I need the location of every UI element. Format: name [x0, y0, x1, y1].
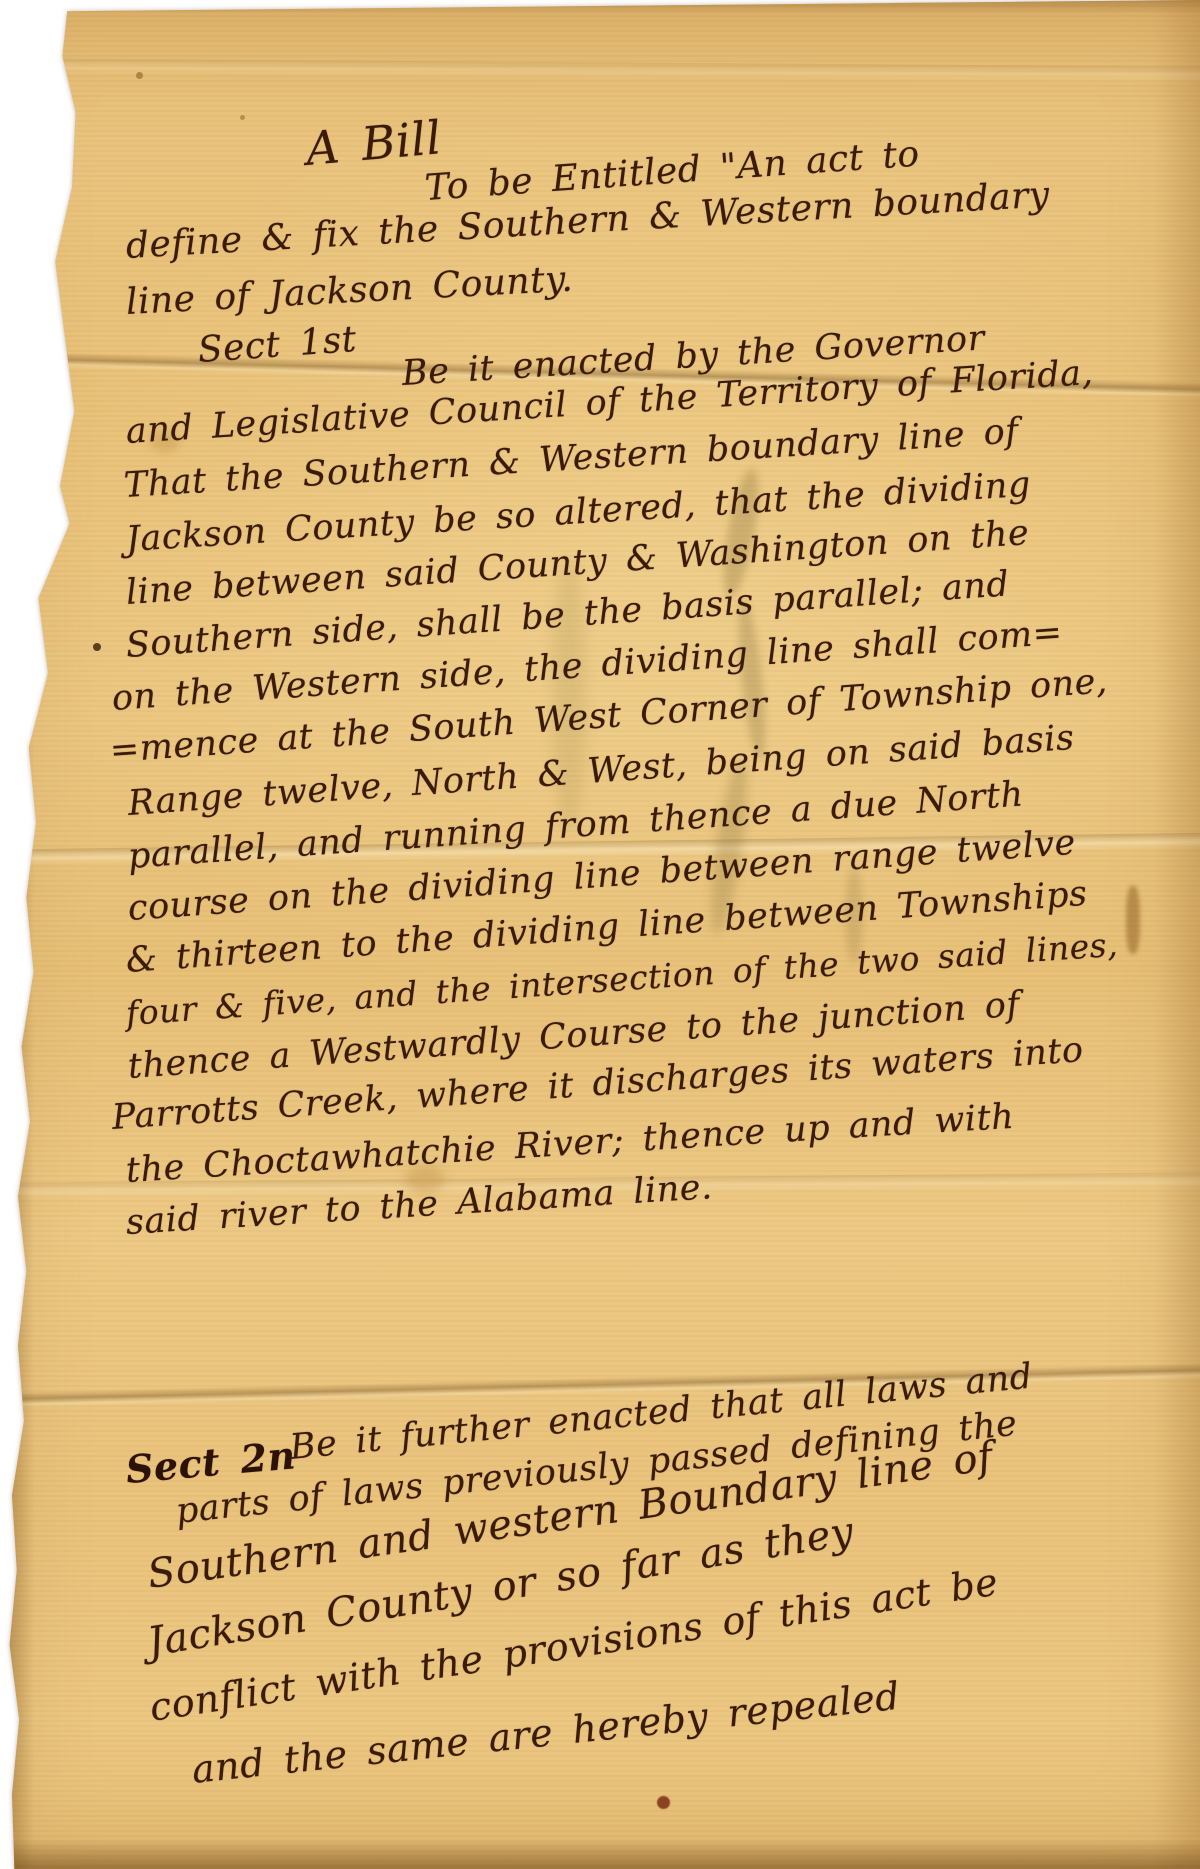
- foxing-speck: [136, 72, 143, 79]
- paper-edge-shadow: [0, 1839, 1200, 1869]
- paper-wrapper: A Bill To be Entitled "An act to define …: [0, 0, 1200, 1869]
- paper-edge-shadow: [0, 0, 1200, 14]
- foxing-speck: [240, 115, 245, 120]
- paper-sheet: A Bill To be Entitled "An act to define …: [0, 0, 1200, 1869]
- paper-edge-shadow: [0, 0, 34, 1869]
- paper-edge-shadow: [1154, 0, 1200, 1869]
- ink-dot: [657, 1796, 670, 1809]
- brown-streak-stain: [1126, 886, 1140, 954]
- document-scan: A Bill To be Entitled "An act to define …: [0, 0, 1200, 1869]
- ink-dot: [93, 643, 101, 651]
